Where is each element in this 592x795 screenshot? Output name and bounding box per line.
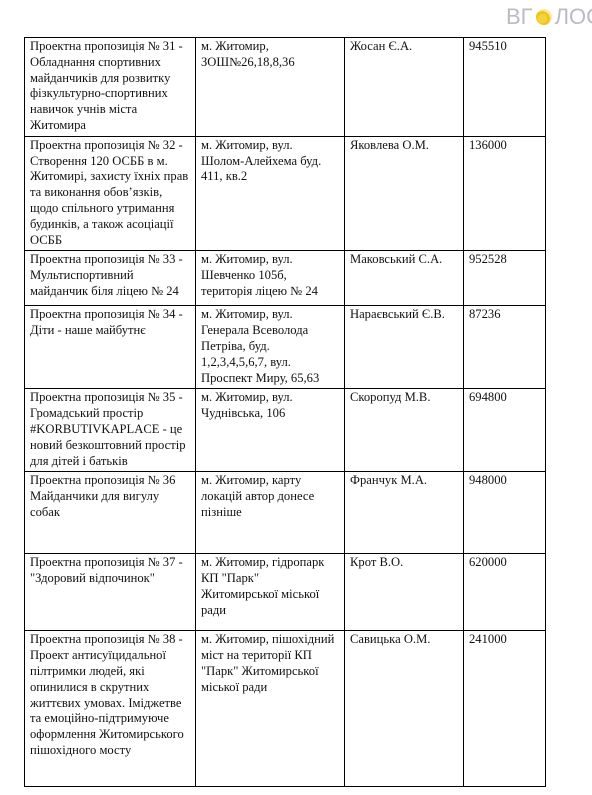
proposals-table: Проектна пропозиція № 31 - Обладнання сп… <box>24 37 546 787</box>
address-cell: м. Житомир, карту локацій автор донесе п… <box>196 472 345 554</box>
author-cell: Жосан Є.А. <box>345 38 464 137</box>
table-row: Проектна пропозиція № 35 - Громадський п… <box>25 389 546 472</box>
proposal-cell: Проектна пропозиція № 32 - Створення 120… <box>25 136 196 251</box>
proposal-cell: Проектна пропозиція № 37 - "Здоровий від… <box>25 554 196 631</box>
proposal-cell: Проектна пропозиція № 33 - Мультиспортив… <box>25 251 196 306</box>
amount-cell: 87236 <box>464 306 546 389</box>
amount-cell: 948000 <box>464 472 546 554</box>
amount-cell: 136000 <box>464 136 546 251</box>
author-cell: Нараєвський Є.В. <box>345 306 464 389</box>
author-cell: Крот В.О. <box>345 554 464 631</box>
address-cell: м. Житомир, ЗОШ№26,18,8,36 <box>196 38 345 137</box>
proposal-cell: Проектна пропозиція № 38 - Проект антису… <box>25 631 196 787</box>
table-row: Проектна пропозиція № 36 Майданчики для … <box>25 472 546 554</box>
amount-cell: 620000 <box>464 554 546 631</box>
proposal-cell: Проектна пропозиція № 36 Майданчики для … <box>25 472 196 554</box>
speaker-sound-icon <box>534 7 554 27</box>
logo-text-left: ВГ <box>506 4 533 30</box>
table-row: Проектна пропозиція № 32 - Створення 120… <box>25 136 546 251</box>
table-row: Проектна пропозиція № 31 - Обладнання сп… <box>25 38 546 137</box>
table-row: Проектна пропозиція № 37 - "Здоровий від… <box>25 554 546 631</box>
logo-text-right: ЛОС.ZT <box>555 4 592 30</box>
table-row: Проектна пропозиція № 33 - Мультиспортив… <box>25 251 546 306</box>
author-cell: Скоропуд М.В. <box>345 389 464 472</box>
address-cell: м. Житомир, вул. Шолом-Алейхема буд. 411… <box>196 136 345 251</box>
amount-cell: 945510 <box>464 38 546 137</box>
amount-cell: 241000 <box>464 631 546 787</box>
amount-cell: 952528 <box>464 251 546 306</box>
table-row: Проектна пропозиція № 38 - Проект антису… <box>25 631 546 787</box>
proposal-cell: Проектна пропозиція № 34 - Діти - наше м… <box>25 306 196 389</box>
author-cell: Маковський С.А. <box>345 251 464 306</box>
table-row: Проектна пропозиція № 34 - Діти - наше м… <box>25 306 546 389</box>
address-cell: м. Житомир, вул. Шевченко 105б, територі… <box>196 251 345 306</box>
proposal-cell: Проектна пропозиція № 31 - Обладнання сп… <box>25 38 196 137</box>
author-cell: Яковлева О.М. <box>345 136 464 251</box>
address-cell: м. Житомир, пішохідний міст на території… <box>196 631 345 787</box>
proposal-cell: Проектна пропозиція № 35 - Громадський п… <box>25 389 196 472</box>
site-logo[interactable]: ВГ ЛОС.ZT <box>506 6 592 28</box>
address-cell: м. Житомир, вул. Генерала Всеволода Петр… <box>196 306 345 389</box>
address-cell: м. Житомир, гідропарк КП "Парк" Житомирс… <box>196 554 345 631</box>
address-cell: м. Житомир, вул. Чуднівська, 106 <box>196 389 345 472</box>
author-cell: Франчук М.А. <box>345 472 464 554</box>
author-cell: Савицька О.М. <box>345 631 464 787</box>
amount-cell: 694800 <box>464 389 546 472</box>
